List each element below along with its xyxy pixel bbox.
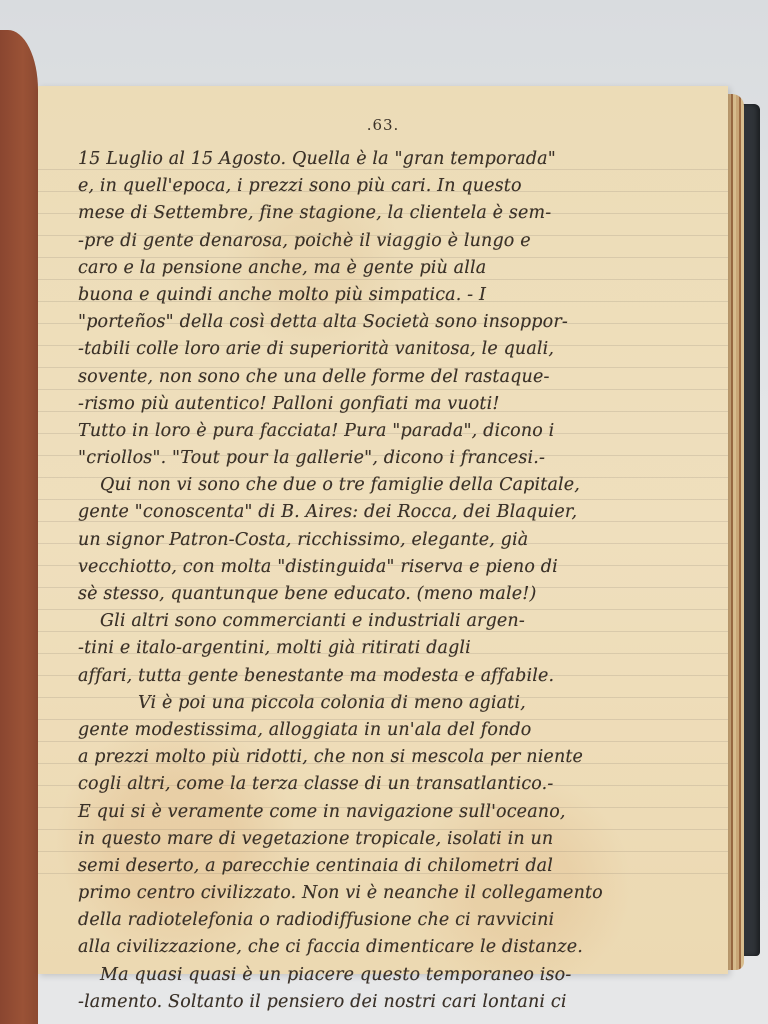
text-line: semi deserto, a parecchie centinaia di c… (78, 853, 698, 880)
text-line: E qui si è veramente come in navigazione… (78, 799, 698, 826)
text-line: primo centro civilizzato. Non vi è neanc… (78, 880, 698, 907)
text-line: -pre di gente denarosa, poichè il viaggi… (78, 228, 698, 255)
text-line: -rismo più autentico! Palloni gonfiati m… (78, 391, 698, 418)
text-line: gente "conoscenta" di B. Aires: dei Rocc… (78, 499, 698, 526)
text-line: Qui non vi sono che due o tre famiglie d… (78, 472, 698, 499)
text-line: Tutto in loro è pura facciata! Pura "par… (78, 418, 698, 445)
text-line: della radiotelefonia o radiodiffusione c… (78, 907, 698, 934)
text-line: mese di Settembre, fine stagione, la cli… (78, 200, 698, 227)
text-line: caro e la pensione anche, ma è gente più… (78, 255, 698, 282)
text-line: cogli altri, come la terza classe di un … (78, 771, 698, 798)
text-line: Gli altri sono commercianti e industrial… (78, 608, 698, 635)
text-line: buona e quindi anche molto più simpatica… (78, 282, 698, 309)
text-line: sè stesso, quantunque bene educato. (men… (78, 581, 698, 608)
text-line: affari, tutta gente benestante ma modest… (78, 663, 698, 690)
book-cover-left (0, 30, 38, 1024)
text-line: 15 Luglio al 15 Agosto. Quella è la "gra… (78, 146, 698, 173)
text-line: gente modestissima, alloggiata in un'ala… (78, 717, 698, 744)
text-line: un signor Patron-Costa, ricchissimo, ele… (78, 527, 698, 554)
text-line: Vi è poi una piccola colonia di meno agi… (78, 690, 698, 717)
text-line: "porteños" della così detta alta Società… (78, 309, 698, 336)
handwritten-text: 15 Luglio al 15 Agosto. Quella è la "gra… (78, 146, 698, 1016)
text-line: vecchiotto, con molta "distinguida" rise… (78, 554, 698, 581)
text-line: -lamento. Soltanto il pensiero dei nostr… (78, 989, 698, 1016)
text-line: Ma quasi quasi è un piacere questo tempo… (78, 962, 698, 989)
notebook-page: .63. 15 Luglio al 15 Agosto. Quella è la… (38, 86, 728, 974)
text-line: -tini e italo-argentini, molti già ritir… (78, 635, 698, 662)
text-line: "criollos". "Tout pour la gallerie", dic… (78, 445, 698, 472)
text-line: in questo mare di vegetazione tropicale,… (78, 826, 698, 853)
text-line: a prezzi molto più ridotti, che non si m… (78, 744, 698, 771)
text-line: sovente, non sono che una delle forme de… (78, 364, 698, 391)
text-line: -tabili colle loro arie di superiorità v… (78, 336, 698, 363)
text-line: e, in quell'epoca, i prezzi sono più car… (78, 173, 698, 200)
page-number: .63. (38, 116, 728, 134)
text-line: alla civilizzazione, che ci faccia dimen… (78, 934, 698, 961)
